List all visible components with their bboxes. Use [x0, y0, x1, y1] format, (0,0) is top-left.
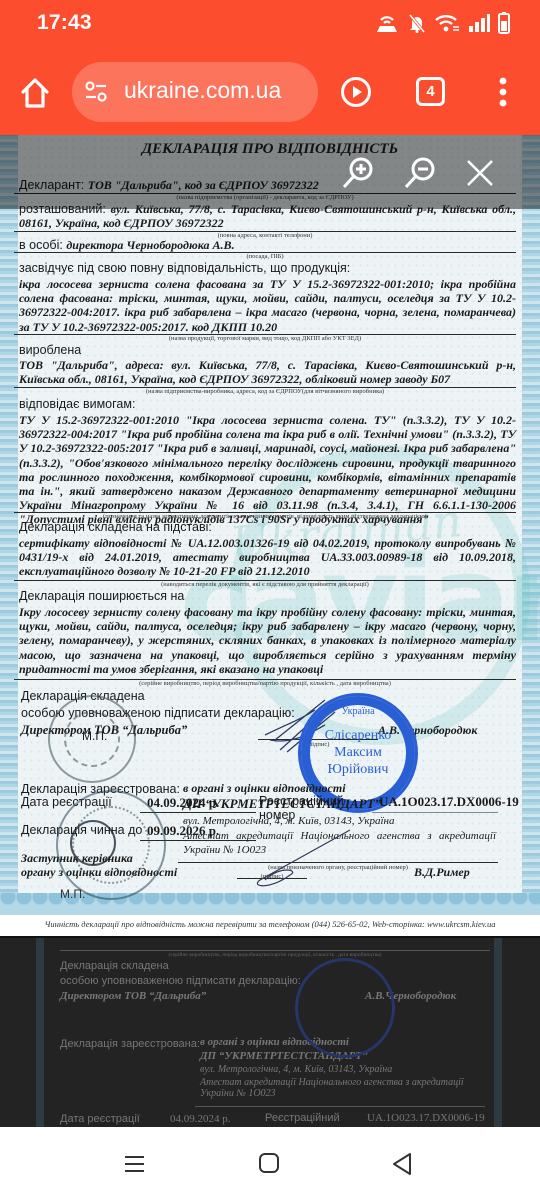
behind-reg-4: Атестат акредитації Національного агенст… — [200, 1077, 485, 1099]
registered-line2: ДП “УКРМЕТРТЕСТСТАНДАРТ” — [183, 797, 381, 811]
browser-toolbar: ukraine.com.ua 4 — [0, 62, 540, 124]
guilloche-border-right — [522, 135, 540, 910]
behind-compiled-2: особою уповноваженою підписати деклараці… — [60, 975, 301, 987]
status-bar: 17:43 — [0, 0, 540, 48]
bell-off-icon — [408, 13, 426, 33]
behind-reg-num: UA.1O023.17.DX0006-19 — [367, 1112, 485, 1124]
more-vert-icon — [497, 76, 509, 108]
back-icon — [390, 1151, 416, 1177]
close-viewer-button[interactable] — [462, 155, 498, 191]
status-time: 17:43 — [37, 11, 92, 35]
basis-caption: (наводиться перелік документів, які є пі… — [14, 581, 516, 588]
applies-value: Ікру лососеву зернисту солену фасовану т… — [19, 605, 516, 676]
battery-icon — [498, 12, 510, 34]
declaration-image[interactable]: Ukrainian caviar ДЕКЛАРАЦІЯ ПРО ВІДПОВІД… — [0, 135, 540, 936]
more-menu-button[interactable] — [497, 76, 509, 108]
person-caption: (посада, ПІБ) — [14, 253, 516, 260]
footer-band — [0, 915, 540, 936]
behind-reg-date-label: Дата реєстрації — [60, 1113, 140, 1125]
produced-value: ТОВ "Дальриба", адреса: вул. Київська, 7… — [19, 358, 516, 386]
nav-home-button[interactable] — [257, 1151, 283, 1177]
registered-line1: в органі з оцінки відповідності — [183, 781, 346, 795]
wifi-icon — [434, 13, 460, 33]
zoom-in-icon — [340, 155, 376, 191]
back-button[interactable] — [390, 1151, 416, 1177]
tab-switcher-button[interactable]: 4 — [416, 77, 445, 106]
produced-caption: (назва підприємства-виробника, адреса, к… — [14, 388, 516, 395]
stamp-text: Максим — [301, 745, 415, 761]
behind-reg-num-label: Реєстраційний — [265, 1112, 340, 1124]
page-behind-overlay: (серійне виробництво, період виробництва… — [0, 936, 540, 1127]
behind-reg-date: 04.09.2024 р. — [170, 1113, 231, 1125]
address-bar[interactable]: ukraine.com.ua — [72, 62, 318, 122]
play-icon — [340, 76, 372, 108]
registered-caption: (назва призначеного органу, реєстраційни… — [178, 864, 498, 871]
behind-caption: (серійне виробництво, період виробництва… — [60, 952, 490, 958]
home-icon — [18, 76, 52, 110]
zoom-in-button[interactable] — [340, 155, 376, 191]
applies-label: Декларація поширюється на — [19, 589, 184, 603]
home-button[interactable] — [18, 76, 52, 110]
basis-label: Декларація складена на підставі: — [19, 520, 212, 534]
media-play-button[interactable] — [340, 76, 372, 108]
produced-label: вироблена — [19, 343, 81, 357]
close-icon — [462, 155, 498, 191]
behind-compiled-by: Директором ТОВ “Дальриба” — [60, 990, 206, 1002]
registered-line3: вул. Метрологічна, 4, м. Київ, 03143, Ук… — [183, 814, 395, 828]
product-value: ікра лососева зерниста солена фасована з… — [19, 277, 516, 334]
zoom-out-icon — [402, 155, 438, 191]
zoom-out-button[interactable] — [402, 155, 438, 191]
browser-top-bar: 17:43 ukraine.com. — [0, 0, 540, 135]
behind-compiled-1: Декларація складена — [60, 960, 169, 972]
certifies-label: засвідчує під свою повну відповідальніст… — [19, 261, 350, 275]
status-icons — [374, 12, 510, 34]
standard-logo-stamp — [70, 820, 116, 866]
person-value: директора Чернобородюка А.В. — [66, 238, 234, 252]
recents-button[interactable] — [122, 1151, 148, 1177]
applies-caption: (серійне виробництво, період виробництва… — [14, 680, 516, 687]
signal-icon — [468, 13, 490, 33]
requirements-value: ТУ У 15.2-36972322-001:2010 "Ікра лососе… — [19, 413, 516, 527]
system-nav-bar — [0, 1127, 540, 1200]
recents-icon — [122, 1151, 148, 1177]
person-row: в особі: директора Чернобородюка А.В. — [19, 238, 235, 252]
basis-value: сертифікату відповідності № UA.12.003.01… — [19, 536, 516, 579]
guilloche-border-bottom — [0, 893, 540, 915]
site-settings-icon[interactable] — [84, 81, 108, 103]
home-square-icon — [257, 1151, 283, 1177]
seal-label: М.П. — [82, 729, 107, 743]
registered-label: Декларація зареєстрована: — [21, 782, 180, 796]
registered-line4: Атестат акредитації Національного агенст… — [183, 829, 496, 857]
requirements-caption: (позначення та назва нормативних докумен… — [14, 513, 516, 520]
behind-reg-3: вул. Метрологічна, 4, м. Київ, 03143, Ук… — [200, 1064, 392, 1075]
hotspot-icon — [374, 13, 400, 33]
stamp-text: Україна — [301, 706, 415, 717]
person-label: в особі: — [19, 238, 63, 252]
product-caption: (назва продукції, торгової марки, вид то… — [14, 335, 516, 342]
behind-stamp — [295, 958, 395, 1058]
stamp-text: Слісаренко — [301, 728, 415, 744]
url-text[interactable]: ukraine.com.ua — [124, 77, 281, 104]
requirements-label: відповідає вимогам: — [19, 397, 135, 411]
image-viewer-toolbar — [0, 135, 540, 209]
stamp-text: Юрійович — [301, 762, 415, 778]
behind-registered: Декларація зареєстрована: — [60, 1038, 200, 1050]
